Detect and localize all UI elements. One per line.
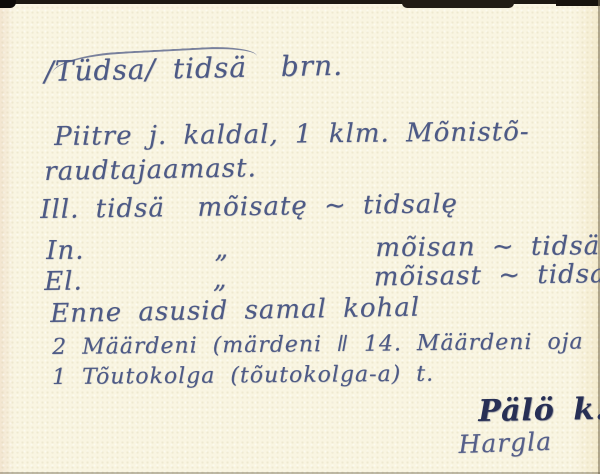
scan-edge-blob — [402, 0, 514, 8]
handwritten-line: Enne asusid samal kohal — [50, 293, 420, 329]
handwritten-line: 2 Määrdeni (märdeni ǁ 14. Määrdeni oja !… — [52, 328, 600, 360]
scanned-index-card: /Tüdsa/ tidsä brn. Piitre j. kaldal, 1 k… — [0, 0, 600, 474]
handwritten-line-title: /Tüdsa/ tidsä brn. — [44, 49, 343, 88]
parish-name: Hargla — [458, 427, 553, 459]
handwritten-line: raudtajaamast. — [44, 153, 257, 187]
handwritten-line: Piitre j. kaldal, 1 klm. Mõnistõ- — [54, 117, 530, 152]
collector-signature: Pälö k. — [478, 392, 600, 429]
handwritten-line: 1 Tõutokolga (tõutokolga-a) t. — [52, 362, 434, 390]
scan-corner-mark — [0, 0, 16, 8]
scan-edge-blob — [556, 0, 600, 6]
handwritten-line-illative: Ill. tidsä mõisatę ~ tidsalę — [40, 189, 458, 225]
